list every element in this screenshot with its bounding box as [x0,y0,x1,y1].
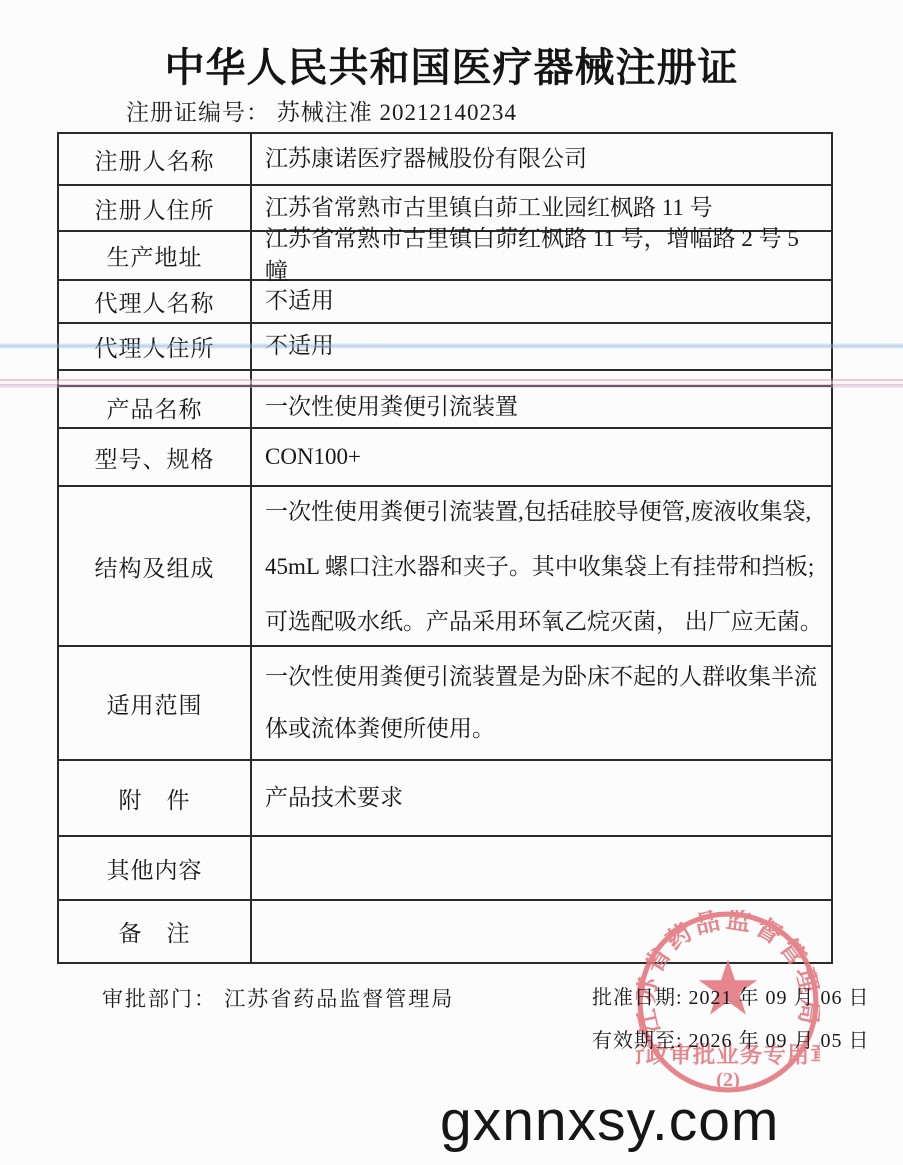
row-value: 一次性使用粪便引流装置是为卧床不起的人群收集半流 体或流体粪便所使用。 [252,647,831,759]
approval-department: 审批部门： 江苏省药品监督管理局 [102,983,454,1013]
row-label: 附 件 [59,761,252,835]
row-label: 型号、规格 [59,429,252,485]
row-label: 生产地址 [59,232,252,279]
row-label: 注册人住所 [59,186,252,230]
table-row-agent-name: 代理人名称 不适用 [59,279,831,322]
row-value [252,837,831,899]
table-row-registrant-name: 注册人名称 江苏康诺医疗器械股份有限公司 [59,134,831,184]
table-row-production-address: 生产地址 江苏省常熟市古里镇白茆红枫路 11 号，增幅路 2 号 5 幢 [59,230,831,279]
valid-until-date: 有效期至: 2026 年 09 月 05 日 [592,1024,870,1053]
row-value: 产品技术要求 [252,761,831,835]
table-row-model-spec: 型号、规格 CON100+ [59,427,831,485]
table-row-product-name: 产品名称 一次性使用粪便引流装置 [59,385,831,427]
certificate-table: 注册人名称 江苏康诺医疗器械股份有限公司 注册人住所 江苏省常熟市古里镇白茆工业… [57,132,833,964]
watermark-text: gxnnxsy.com [440,1088,779,1154]
row-label: 结构及组成 [59,487,252,645]
table-row-structure-composition: 结构及组成 一次性使用粪便引流装置,包括硅胶导便管,废液收集袋, 45mL 螺口… [59,485,831,645]
row-label: 备 注 [59,901,252,962]
row-label: 产品名称 [59,387,252,427]
registration-number: 注册证编号： 苏械注准 20212140234 [126,94,517,127]
row-value: 江苏康诺医疗器械股份有限公司 [252,134,831,184]
row-value: 不适用 [252,281,831,322]
row-value: CON100+ [252,429,831,485]
approval-date: 批准日期: 2021 年 09 月 06 日 [592,981,870,1010]
scan-artifact-pink-band [0,379,903,388]
table-row-intended-use: 适用范围 一次性使用粪便引流装置是为卧床不起的人群收集半流 体或流体粪便所使用。 [59,645,831,759]
row-value: 江苏省常熟市古里镇白茆红枫路 11 号，增幅路 2 号 5 幢 [252,232,831,279]
table-row-attachment: 附 件 产品技术要求 [59,759,831,835]
row-label: 注册人名称 [59,134,252,184]
certificate-page: 中华人民共和国医疗器械注册证 注册证编号： 苏械注准 20212140234 注… [0,0,903,1165]
table-row-other-content: 其他内容 [59,835,831,899]
row-value: 一次性使用粪便引流装置,包括硅胶导便管,废液收集袋, 45mL 螺口注水器和夹子… [252,487,831,645]
row-label: 适用范围 [59,647,252,759]
page-title: 中华人民共和国医疗器械注册证 [0,36,903,93]
row-label: 其他内容 [59,837,252,899]
scan-artifact-blue-band [0,343,903,349]
row-value: 一次性使用粪便引流装置 [252,387,831,427]
row-label: 代理人名称 [59,281,252,322]
